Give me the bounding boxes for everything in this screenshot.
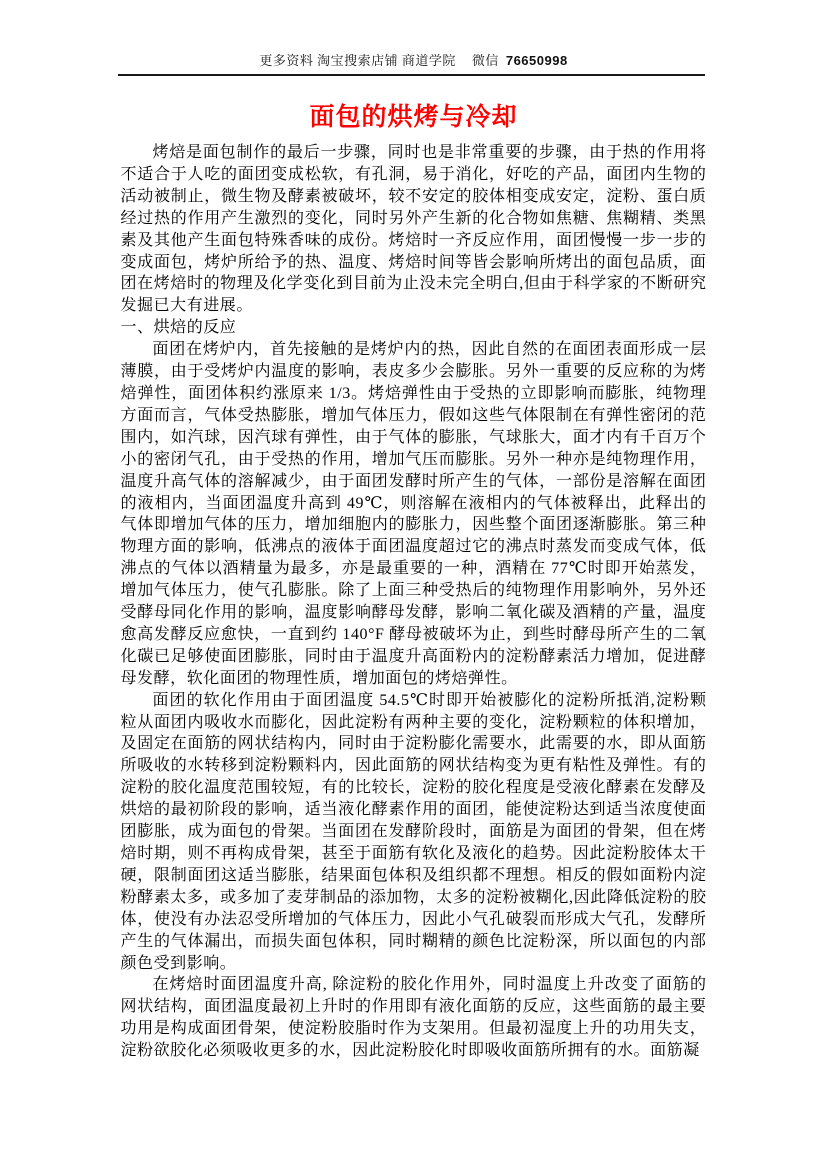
wechat-number: 76650998 <box>506 53 568 68</box>
page-title: 面包的烘烤与冷却 <box>0 103 827 133</box>
paragraph: 面团的软化作用由于面团温度 54.5℃时即开始被膨化的淀粉所抵消,淀粉颗粒从面团… <box>121 690 707 975</box>
paragraph: 面团在烤炉内，首先接触的是烤炉内的热，因此自然的在面团表面形成一层薄膜，由于受烤… <box>121 339 707 690</box>
page-header: 更多资料 淘宝搜索店铺 商道学院微信76650998 <box>0 0 827 69</box>
document-page: 更多资料 淘宝搜索店铺 商道学院微信76650998 面包的烘烤与冷却 烤焙是面… <box>0 0 827 1169</box>
section-heading: 一、烘焙的反应 <box>121 317 707 339</box>
header-store-text: 更多资料 淘宝搜索店铺 商道学院 <box>259 53 456 68</box>
header-divider-line <box>118 74 705 76</box>
document-body: 烤焙是面包制作的最后一步骤，同时也是非常重要的步骤，由于热的作用将不适合于人吃的… <box>121 142 707 1062</box>
wechat-label: 微信 <box>472 53 499 68</box>
paragraph: 在烤焙时面团温度升高, 除淀粉的胶化作用外，同时温度上升改变了面筋的网状结构，面… <box>121 974 707 1062</box>
paragraph: 烤焙是面包制作的最后一步骤，同时也是非常重要的步骤，由于热的作用将不适合于人吃的… <box>121 142 707 317</box>
